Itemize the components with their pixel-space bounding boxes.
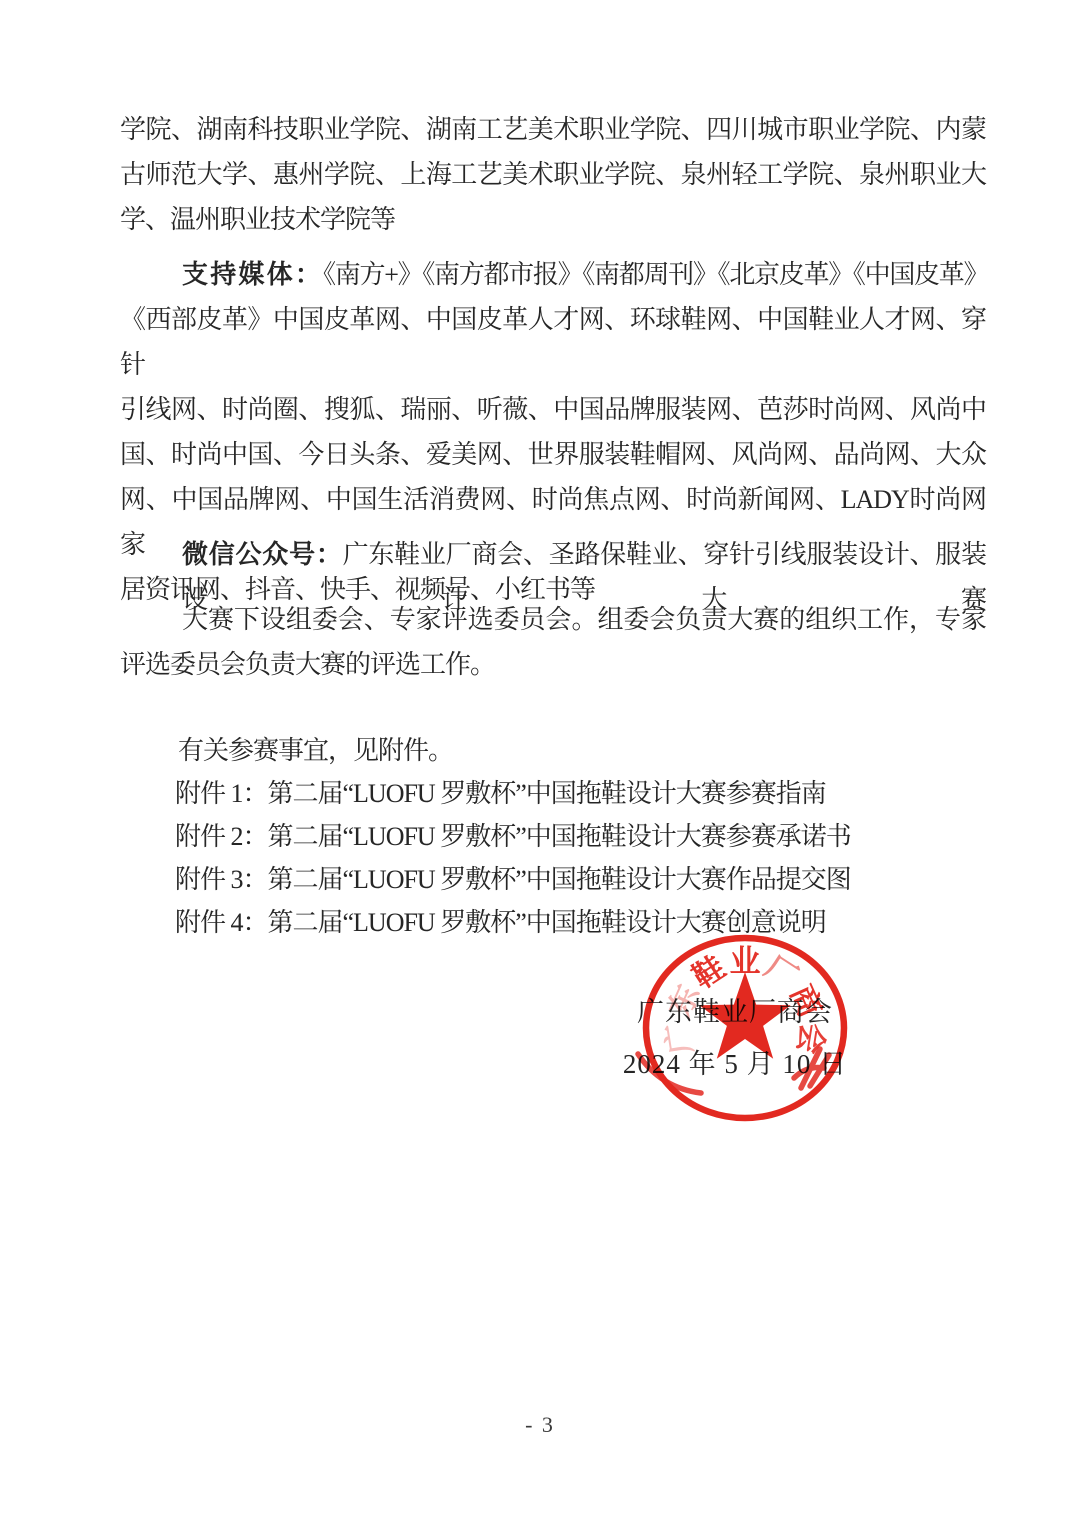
seal-char: 会 [791, 1020, 830, 1056]
media-label: 支持媒体： [182, 260, 323, 289]
attachment-item: 附件 3：第二届“LUOFU 罗敷杯”中国拖鞋设计大赛作品提交图 [120, 858, 986, 901]
paragraph-universities: 学院、湖南科技职业学院、湖南工艺美术职业学院、四川城市职业学院、内蒙 古师范大学… [120, 107, 986, 242]
text-line: 学院、湖南科技职业学院、湖南工艺美术职业学院、四川城市职业学院、内蒙 [120, 107, 986, 152]
text-line: 古师范大学、惠州学院、上海工艺美术职业学院、泉州轻工学院、泉州职业大 [120, 152, 986, 197]
text-line: 《西部皮革》中国皮革网、中国皮革人才网、环球鞋网、中国鞋业人才网、穿针 [120, 297, 986, 387]
page-number: - 3 [0, 1410, 1080, 1440]
seal-char: 业 [730, 944, 761, 979]
text-line: 国、时尚中国、今日头条、爱美网、世界服装鞋帽网、风尚网、品尚网、大众 [120, 432, 986, 477]
attachments-list: 有关参赛事宜，见附件。 附件 1：第二届“LUOFU 罗敷杯”中国拖鞋设计大赛参… [120, 729, 986, 944]
text-line: 支持媒体：《南方+》《南方都市报》《南都周刊》《北京皮革》《中国皮革》 [120, 252, 986, 297]
official-seal: 广 东 鞋 业 厂 商 会 [598, 928, 878, 1128]
attachments-intro: 有关参赛事宜，见附件。 [120, 729, 986, 772]
text-line: 引线网、时尚圈、搜狐、瑞丽、听薇、中国品牌服装网、芭莎时尚网、风尚中 [120, 387, 986, 432]
document-page: 学院、湖南科技职业学院、湖南工艺美术职业学院、四川城市职业学院、内蒙 古师范大学… [0, 0, 1080, 1528]
attachment-item: 附件 2：第二届“LUOFU 罗敷杯”中国拖鞋设计大赛参赛承诺书 [120, 815, 986, 858]
paragraph-committee: 大赛下设组委会、专家评选委员会。组委会负责大赛的组织工作，专家 评选委员会负责大… [120, 597, 986, 687]
text-line: 学、温州职业技术学院等 [120, 197, 986, 242]
seal-char: 广 [660, 1020, 699, 1056]
text-line: 评选委员会负责大赛的评选工作。 [120, 642, 986, 687]
media-first-line: 《南方+》《南方都市报》《南都周刊》《北京皮革》《中国皮革》 [323, 260, 986, 289]
wechat-label: 微信公众号： [182, 540, 343, 569]
text-line: 大赛下设组委会、专家评选委员会。组委会负责大赛的组织工作，专家 [120, 597, 986, 642]
attachment-item: 附件 1：第二届“LUOFU 罗敷杯”中国拖鞋设计大赛参赛指南 [120, 772, 986, 815]
